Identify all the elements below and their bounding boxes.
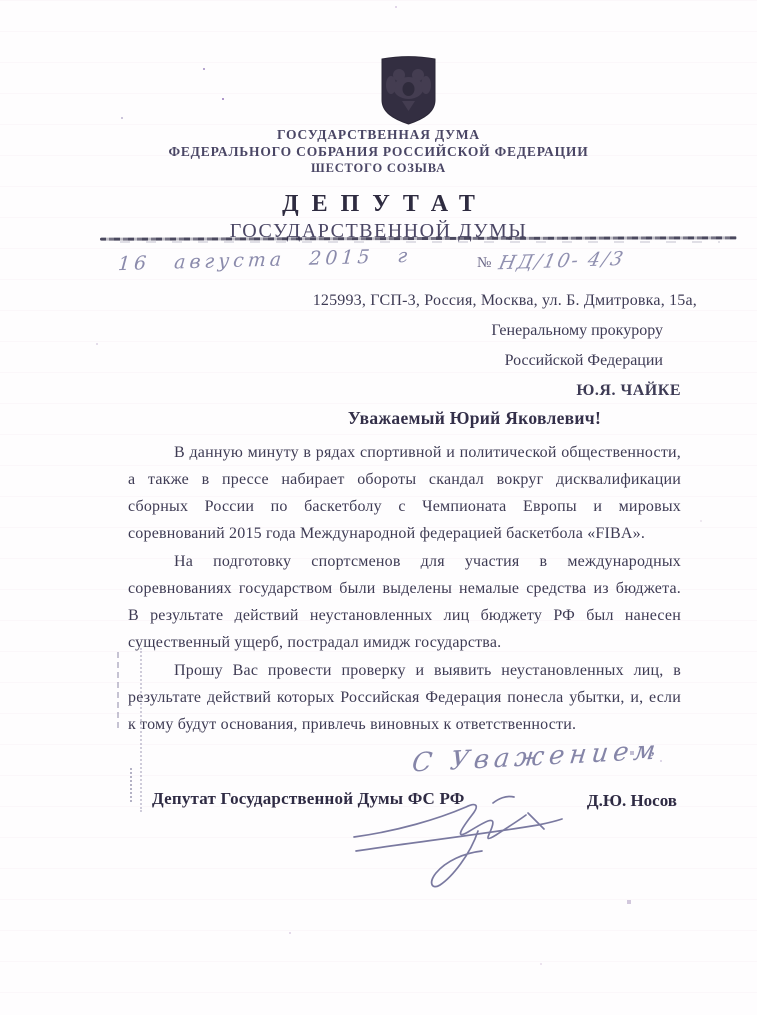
recipient-name: Ю.Я. ЧАЙКЕ	[217, 376, 681, 406]
body-line: На подготовку спортсменов для участия в …	[128, 548, 681, 575]
body-line: сборных России по баскетболу с Чемпионат…	[128, 493, 681, 520]
russia-coat-of-arms-icon	[378, 55, 439, 126]
letter-body: В данную минуту в рядах спортивной и пол…	[128, 439, 681, 739]
sender-address: 125993, ГСП-3, Россия, Москва, ул. Б. Дм…	[217, 286, 697, 316]
scan-artifact	[117, 652, 119, 728]
recipient-title-line1: Генеральному прокурору	[217, 316, 663, 346]
handwritten-closing: С Уважением	[410, 735, 662, 778]
paragraph: В данную минуту в рядах спортивной и пол…	[128, 439, 681, 547]
org-name-line3: ШЕСТОГО СОЗЫВА	[0, 160, 757, 177]
scan-noise	[0, 0, 2, 2]
body-line: соревнованиях государством были выделены…	[128, 575, 681, 602]
body-line: а также в прессе набирает обороты сканда…	[128, 466, 681, 493]
handwritten-date: 16 августа 2015 г	[117, 245, 412, 275]
paragraph: Прошу Вас провести проверку и выявить не…	[128, 657, 681, 738]
letterhead-title: ДЕПУТАТ	[0, 191, 757, 218]
salutation: Уважаемый Юрий Яковлевич!	[128, 408, 751, 429]
number-sign: №	[477, 255, 491, 271]
body-line: результате действий которых Российская Ф…	[128, 684, 681, 711]
reference-number: №НД/10- 4/3	[477, 250, 625, 272]
recipient-title-line2: Российской Федерации	[217, 346, 663, 376]
recipient-block: 125993, ГСП-3, Россия, Москва, ул. Б. Дм…	[217, 286, 697, 406]
handwritten-signature-icon	[348, 785, 588, 895]
body-line: Прошу Вас провести проверку и выявить не…	[128, 657, 681, 684]
scanned-letter-page: ГОСУДАРСТВЕННАЯ ДУМА ФЕДЕРАЛЬНОГО СОБРАН…	[0, 0, 757, 1015]
body-line: В данную минуту в рядах спортивной и пол…	[128, 439, 681, 466]
org-name-line2: ФЕДЕРАЛЬНОГО СОБРАНИЯ РОССИЙСКОЙ ФЕДЕРАЦ…	[0, 144, 757, 161]
body-line: соревнований 2015 года Международной фед…	[128, 520, 681, 547]
body-line: к тому будут основания, привлечь виновны…	[128, 711, 681, 738]
signer-name: Д.Ю. Носов	[587, 791, 677, 811]
org-name-line1: ГОСУДАРСТВЕННАЯ ДУМА	[0, 127, 757, 144]
paragraph: На подготовку спортсменов для участия в …	[128, 548, 681, 656]
body-line: существенный ущерб, пострадал имидж госу…	[128, 629, 681, 656]
scan-artifact	[130, 768, 132, 802]
letterhead-divider-shadow	[120, 241, 720, 243]
letterhead: ГОСУДАРСТВЕННАЯ ДУМА ФЕДЕРАЛЬНОГО СОБРАН…	[0, 127, 757, 243]
body-line: В результате действий неустановленных ли…	[128, 602, 681, 629]
handwritten-number: НД/10- 4/3	[497, 248, 627, 275]
